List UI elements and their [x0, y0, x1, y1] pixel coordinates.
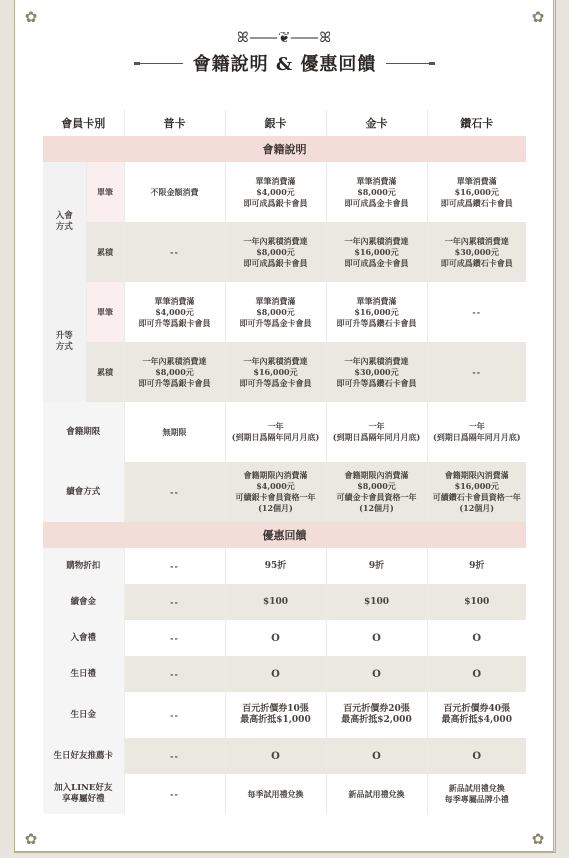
table-cell: 單筆消費滿$16,000元即可升等爲鑽石卡會員 [326, 282, 427, 342]
corner-ornament-icon: ✿ [18, 4, 44, 30]
table-row: 入會 方式 單筆 不限金額消費 單筆消費滿$4,000元即可成爲銀卡會員 單筆消… [43, 162, 526, 222]
table-row: 累積 -- 一年內累積消費達$8,000元即可成爲銀卡會員 一年內累積消費達$1… [43, 222, 526, 282]
table-cell: 百元折價券40張最高折抵$4,000 [427, 692, 526, 738]
row-label: 加入LINE好友 享專屬好禮 [43, 774, 124, 814]
row-label: 續會方式 [43, 462, 124, 522]
label-line: 方式 [43, 222, 86, 233]
table-row: 續會方式 -- 會籍期限內消費滿$4,000元可續銀卡會員資格一年(12個月) … [43, 462, 526, 522]
table-cell: 一年內累積消費達$16,000元即可升等爲金卡會員 [225, 342, 326, 402]
check-circle-icon: O [326, 620, 427, 656]
row-label: 續會金 [43, 584, 124, 620]
table-cell: 一年內累積消費達$30,000元即可升等爲鑽石卡會員 [326, 342, 427, 402]
table-cell: 百元折價券20張最高折抵$2,000 [326, 692, 427, 738]
table-cell: -- [124, 222, 225, 282]
corner-ornament-icon: ✿ [525, 826, 551, 852]
label-line: 升等 [43, 331, 86, 342]
header-silver: 銀卡 [225, 110, 326, 136]
table-cell: 一年內累積消費達$8,000元即可成爲銀卡會員 [225, 222, 326, 282]
row-label: 會籍期限 [43, 402, 124, 462]
membership-table: 會員卡別 普卡 銀卡 金卡 鑽石卡 會籍說明 入會 方式 單筆 不限金額消費 單… [43, 110, 526, 814]
check-circle-icon: O [427, 656, 526, 692]
label-line: 享專屬好禮 [43, 794, 124, 805]
table-cell: -- [124, 548, 225, 584]
table-cell: -- [124, 692, 225, 738]
check-circle-icon: O [225, 620, 326, 656]
row-label: 生日好友推薦卡 [43, 738, 124, 774]
row-label: 入會禮 [43, 620, 124, 656]
label-line: 方式 [43, 342, 86, 353]
table-cell: 一年(到期日爲隔年同月月底) [427, 402, 526, 462]
section-title: 優惠回饋 [43, 522, 526, 548]
table-row: 生日好友推薦卡 -- O O O [43, 738, 526, 774]
table-cell: 會籍期限內消費滿$16,000元可續鑽石卡會員資格一年(12個月) [427, 462, 526, 522]
header-gold: 金卡 [326, 110, 427, 136]
table-cell: 9折 [427, 548, 526, 584]
check-circle-icon: O [326, 656, 427, 692]
table-row: 升等 方式 單筆 單筆消費滿$4,000元即可升等爲銀卡會員 單筆消費滿$8,0… [43, 282, 526, 342]
section-band-benefits: 優惠回饋 [43, 522, 526, 548]
table-row: 加入LINE好友 享專屬好禮 -- 每季試用禮兌換 新品試用禮兌換 新品試用禮兌… [43, 774, 526, 814]
sub-label: 單筆 [86, 162, 124, 222]
title-block: ꕤ⸺❦⸺ꕤ 會籍說明 & 優惠回饋 [0, 28, 569, 76]
table-cell: -- [124, 774, 225, 814]
check-circle-icon: O [225, 738, 326, 774]
table-cell: 95折 [225, 548, 326, 584]
sub-label: 單筆 [86, 282, 124, 342]
table-cell: 一年內累積消費達$16,000元即可成爲金卡會員 [326, 222, 427, 282]
table-cell: $100 [225, 584, 326, 620]
table-cell: -- [427, 342, 526, 402]
check-circle-icon: O [427, 620, 526, 656]
page-title: 會籍說明 & 優惠回饋 [193, 50, 377, 76]
table-cell: -- [124, 656, 225, 692]
table-cell: $100 [427, 584, 526, 620]
table-cell: 一年內累積消費達$30,000元即可成爲鑽石卡會員 [427, 222, 526, 282]
title-rule-left [137, 63, 183, 64]
table-cell: 無期限 [124, 402, 225, 462]
corner-ornament-icon: ✿ [18, 826, 44, 852]
table-cell: 百元折價券10張最高折抵$1,000 [225, 692, 326, 738]
label-line: 加入LINE好友 [43, 783, 124, 794]
row-group-label-upgrade: 升等 方式 [43, 282, 86, 402]
header-row: 會員卡別 普卡 銀卡 金卡 鑽石卡 [43, 110, 526, 136]
table-cell: -- [124, 620, 225, 656]
row-label: 生日禮 [43, 656, 124, 692]
section-band-membership: 會籍說明 [43, 136, 526, 162]
table-row: 生日禮 -- O O O [43, 656, 526, 692]
table-cell: -- [124, 738, 225, 774]
sub-label: 累積 [86, 222, 124, 282]
row-group-label-join: 入會 方式 [43, 162, 86, 282]
row-label: 生日金 [43, 692, 124, 738]
title-rule-right [386, 63, 432, 64]
label-line: 入會 [43, 211, 86, 222]
table-cell: 每季試用禮兌換 [225, 774, 326, 814]
header-card-type: 會員卡別 [43, 110, 124, 136]
corner-ornament-icon: ✿ [525, 4, 551, 30]
table-cell: -- [124, 462, 225, 522]
table-cell: 單筆消費滿$4,000元即可升等爲銀卡會員 [124, 282, 225, 342]
table-cell: 新品試用禮兌換 [326, 774, 427, 814]
table-cell: 不限金額消費 [124, 162, 225, 222]
header-diamond: 鑽石卡 [427, 110, 526, 136]
table-cell: 9折 [326, 548, 427, 584]
row-label: 購物折扣 [43, 548, 124, 584]
check-circle-icon: O [326, 738, 427, 774]
table-cell: $100 [326, 584, 427, 620]
check-circle-icon: O [225, 656, 326, 692]
table-cell: 單筆消費滿$4,000元即可成爲銀卡會員 [225, 162, 326, 222]
table-cell: -- [124, 584, 225, 620]
table-cell: 一年(到期日爲隔年同月月底) [225, 402, 326, 462]
table-cell: 單筆消費滿$16,000元即可成爲鑽石卡會員 [427, 162, 526, 222]
table-row: 入會禮 -- O O O [43, 620, 526, 656]
section-title: 會籍說明 [43, 136, 526, 162]
table-cell: 會籍期限內消費滿$4,000元可續銀卡會員資格一年(12個月) [225, 462, 326, 522]
table-row: 生日金 -- 百元折價券10張最高折抵$1,000 百元折價券20張最高折抵$2… [43, 692, 526, 738]
sub-label: 累積 [86, 342, 124, 402]
table-cell: 一年(到期日爲隔年同月月底) [326, 402, 427, 462]
table-cell: 單筆消費滿$8,000元即可成爲金卡會員 [326, 162, 427, 222]
table-row: 續會金 -- $100 $100 $100 [43, 584, 526, 620]
table-cell: -- [427, 282, 526, 342]
table-row: 會籍期限 無期限 一年(到期日爲隔年同月月底) 一年(到期日爲隔年同月月底) 一… [43, 402, 526, 462]
table-row: 購物折扣 -- 95折 9折 9折 [43, 548, 526, 584]
table-cell: 一年內累積消費達$8,000元即可升等爲銀卡會員 [124, 342, 225, 402]
header-regular: 普卡 [124, 110, 225, 136]
table-cell: 會籍期限內消費滿$8,000元可續金卡會員資格一年(12個月) [326, 462, 427, 522]
table-row: 累積 一年內累積消費達$8,000元即可升等爲銀卡會員 一年內累積消費達$16,… [43, 342, 526, 402]
table-cell: 單筆消費滿$8,000元即可升等爲金卡會員 [225, 282, 326, 342]
table-cell: 新品試用禮兌換每季專屬品牌小禮 [427, 774, 526, 814]
check-circle-icon: O [427, 738, 526, 774]
flourish-ornament-icon: ꕤ⸺❦⸺ꕤ [0, 28, 569, 48]
